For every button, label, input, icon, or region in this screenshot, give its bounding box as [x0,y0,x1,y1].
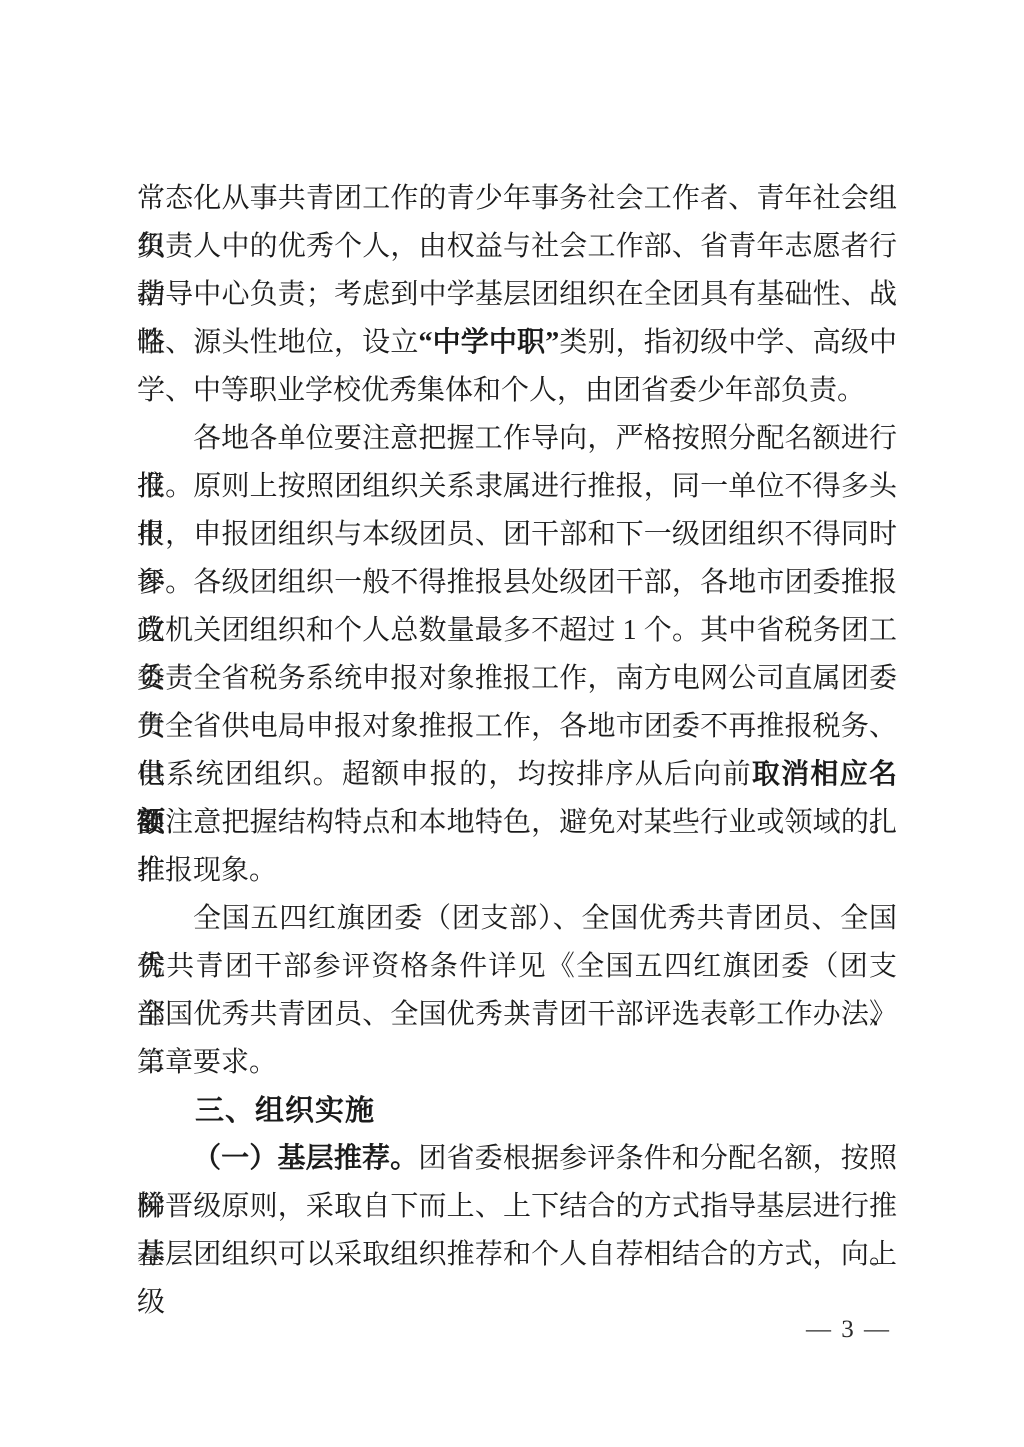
text-run: 电系统团组织。超额申报的，均按排序从后向前 [137,759,752,790]
text-line: 梯晋级原则，采取自下而上、上下结合的方式指导基层进行推荐。 [137,1183,897,1231]
text-line: 二章要求。 [137,1039,897,1087]
document-page: 常态化从事共青团工作的青少年事务社会工作者、青年社会组织 负责人中的优秀个人，由… [0,0,1024,1447]
text-line: 秀共青团干部参评资格条件详见《全国五四红旗团委（团支部）、 [137,943,897,991]
text-line: 负责人中的优秀个人，由权益与社会工作部、省青年志愿者行动 [137,223,897,271]
text-line: 指导中心负责；考虑到中学基层团组织在全团具有基础性、战略 [137,271,897,319]
bold-run: （一）基层推荐。 [193,1143,418,1174]
text-line: 负责全省税务系统申报对象推报工作，南方电网公司直属团委负 [137,655,897,703]
section-heading: 三、组织实施 [137,1087,897,1135]
text-line: 推报现象。 [137,847,897,895]
text-run: 类别，指初级中学、高级中 [559,327,897,358]
text-line: （一）基层推荐。团省委根据参评条件和分配名额，按照阶 [137,1135,897,1183]
text-line: 学、中等职业学校优秀集体和个人，由团省委少年部负责。 [137,367,897,415]
text-line: 各地各单位要注意把握工作导向，严格按照分配名额进行推 [137,415,897,463]
text-line: 常态化从事共青团工作的青少年事务社会工作者、青年社会组织 [137,175,897,223]
text-line: 评。各级团组织一般不得推报县处级团干部，各地市团委推报党 [137,559,897,607]
text-run: 性、源头性地位，设立 [137,327,418,358]
text-line: 要注意把握结构特点和本地特色，避免对某些行业或领域的扎堆 [137,799,897,847]
text-line: 责全省供电局申报对象推报工作，各地市团委不再推报税务、供 [137,703,897,751]
text-line: 电系统团组织。超额申报的，均按排序从后向前取消相应名额。 [137,751,897,799]
text-line: 报。原则上按照团组织关系隶属进行推报，同一单位不得多头申 [137,463,897,511]
text-line: 全国五四红旗团委（团支部）、全国优秀共青团员、全国优 [137,895,897,943]
text-line: 全国优秀共青团员、全国优秀共青团干部评选表彰工作办法》第 [137,991,897,1039]
document-body: 常态化从事共青团工作的青少年事务社会工作者、青年社会组织 负责人中的优秀个人，由… [137,175,897,1279]
text-line: 性、源头性地位，设立“中学中职”类别，指初级中学、高级中 [137,319,897,367]
text-line: 政机关团组织和个人总数量最多不超过 1 个。其中省税务团工委 [137,607,897,655]
page-number: — 3 — [806,1316,891,1344]
bold-run: “中学中职” [418,327,559,358]
text-line: 报，申报团组织与本级团员、团干部和下一级团组织不得同时参 [137,511,897,559]
text-line: 基层团组织可以采取组织推荐和个人自荐相结合的方式，向上级 [137,1231,897,1279]
